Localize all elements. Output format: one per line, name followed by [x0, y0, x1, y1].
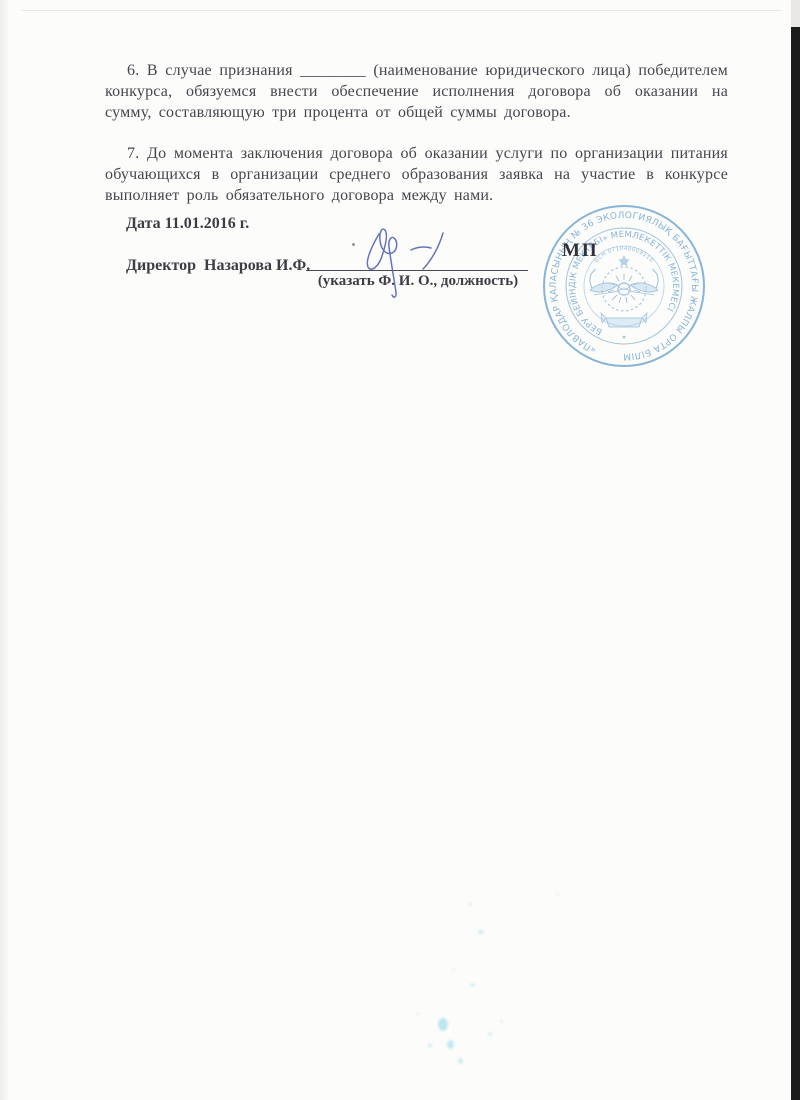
bleed-speck	[447, 1040, 454, 1049]
scan-right-edge-top	[791, 0, 800, 27]
paragraph-7: 7. До момента заключения договора об ока…	[105, 143, 728, 206]
emblem-horse-right	[652, 269, 658, 288]
bleed-speck	[452, 968, 455, 971]
bleed-speck	[468, 903, 472, 906]
bleed-speck	[428, 1043, 432, 1048]
date-line: Дата 11.01.2016 г.	[126, 215, 249, 233]
bleed-speck	[488, 1032, 492, 1036]
bleed-speck	[458, 1058, 463, 1064]
emblem-wing-right	[630, 283, 658, 292]
scan-top-edge-line	[22, 10, 782, 11]
scan-right-edge-strip	[791, 27, 800, 1100]
director-name-line: Директор Назарова И.Ф.	[126, 257, 310, 275]
emblem-banner	[606, 318, 642, 327]
stamp-place-mark: МП	[562, 240, 599, 262]
handwritten-signature	[355, 222, 465, 307]
bleed-speck	[478, 930, 484, 934]
scan-left-edge-shade	[0, 0, 10, 1100]
emblem-star	[618, 255, 630, 266]
emblem-horse-left	[590, 269, 596, 288]
paragraph-6: 6. В случае признания ________ (наименов…	[105, 60, 728, 123]
bleed-speck	[438, 1018, 448, 1031]
emblem-shanyrak	[618, 283, 630, 295]
bleed-speck	[500, 1020, 503, 1023]
bleed-speck	[416, 1012, 419, 1015]
emblem-wing-left	[590, 283, 618, 292]
official-round-stamp: «ПАВЛОДАР ҚАЛАСЫНЫҢ № 36 ЭКОЛОГИЯЛЫҚ БАҒ…	[540, 202, 708, 370]
scanned-document-page: 6. В случае признания ________ (наименов…	[0, 0, 800, 1100]
document-body: 6. В случае признания ________ (наименов…	[105, 60, 728, 206]
bleed-speck	[470, 983, 475, 987]
bleed-speck	[556, 893, 559, 896]
